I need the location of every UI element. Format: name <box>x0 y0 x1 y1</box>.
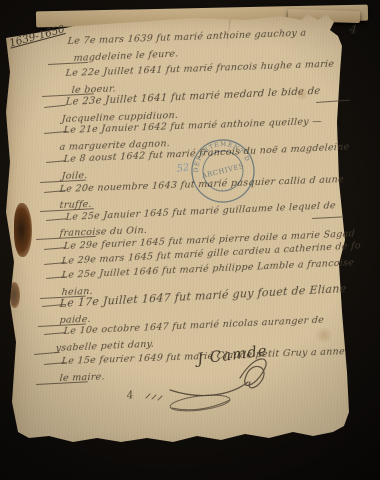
bottom-scribble <box>138 388 258 418</box>
stamp-arc-bottom-text: · · · <box>219 184 233 195</box>
burn-mark <box>10 282 20 308</box>
folio-number: 4 <box>349 22 357 36</box>
bottom-note-number: 4 <box>126 389 134 402</box>
stamp-center-text: ARCHIVES <box>200 162 245 180</box>
svg-text:· · ·: · · · <box>219 184 233 195</box>
archive-photo: 1639-1650 4 Le 7e mars 1639 fut marié an… <box>0 0 380 480</box>
foxing-spot <box>314 328 334 342</box>
burn-mark <box>14 203 32 257</box>
